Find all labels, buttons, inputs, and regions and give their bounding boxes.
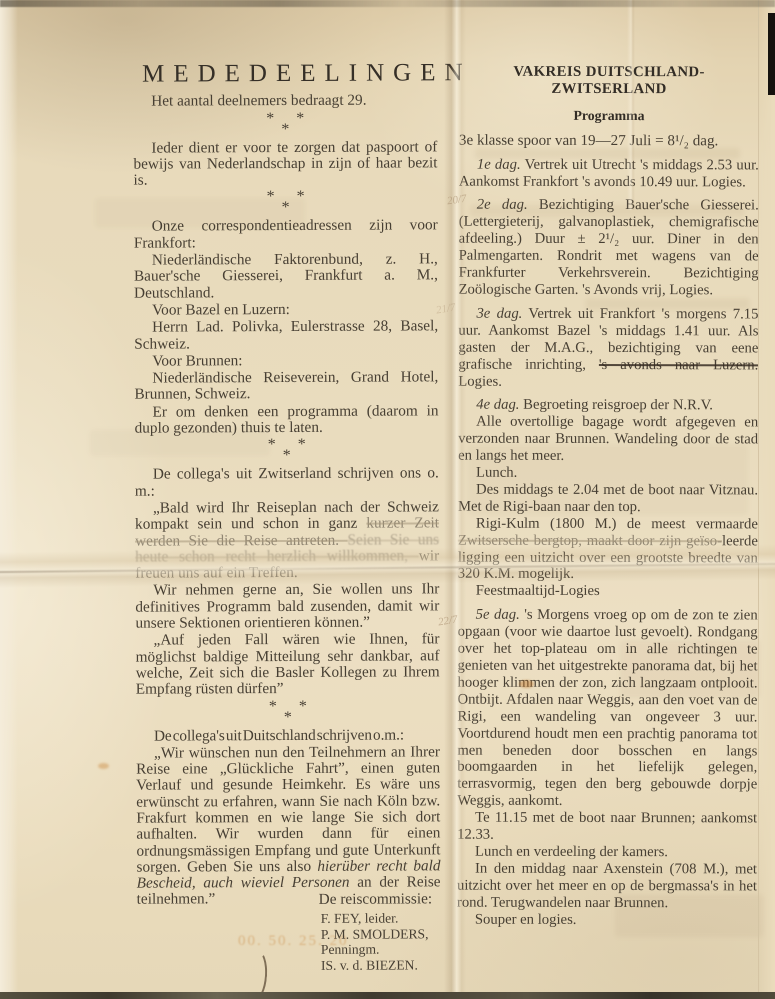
day-text: 's Morgens vroeg op om de zon te zien op… bbox=[457, 607, 758, 809]
crease-faded-text: Zwitsersche bergtop, maakt door zijn geï… bbox=[458, 532, 722, 549]
label-brunnen: Voor Brunnen: bbox=[134, 352, 438, 370]
asterisk-separator: * * * bbox=[133, 113, 437, 135]
day-5-paragraph: In den middag naar Axenstein (708 M.), m… bbox=[457, 860, 757, 912]
label-bazel-luzern: Voor Bazel en Luzern: bbox=[134, 301, 438, 319]
pencil-note-day5: 22/7 bbox=[437, 614, 458, 629]
day-2-entry: 2e dag. Bezichtiging Bauer'sche Giessere… bbox=[459, 197, 759, 299]
correspondence-intro: Onze correspondentieadressen zijn voor F… bbox=[134, 218, 438, 252]
signature-item: F. FEY, leider. bbox=[321, 910, 441, 926]
day-lead: 4e dag. bbox=[476, 397, 519, 413]
paper-edge-left bbox=[0, 0, 18, 999]
participants-line: Het aantal deelnemers bedraagt 29. bbox=[133, 93, 437, 111]
day-text: Logies. bbox=[458, 373, 502, 389]
day-5-heading: 5e dag. 's Morgens vroeg op om de zon te… bbox=[457, 607, 758, 811]
asterisk-separator: * * * bbox=[134, 192, 438, 214]
day-4-heading: 4e dag. Begroeting reisgroep der N.R.V. bbox=[458, 397, 758, 415]
right-column: VAKREIS DUITSCHLAND-ZWITSERLAND Programm… bbox=[457, 64, 759, 929]
day-4-paragraph: Feestmaaltijd-Logies bbox=[458, 583, 758, 601]
programma-subheader: Programma bbox=[459, 107, 759, 125]
schedule-intro: 3e klasse spoor van 19—27 Juli = 8¹/₂ da… bbox=[459, 132, 759, 150]
signature-list: F. FEY, leider. P. M. SMOLDERS, Penningm… bbox=[137, 910, 441, 975]
day-4-paragraph: Des middags te 2.04 met de boot naar Vit… bbox=[458, 482, 758, 517]
swiss-quote-2: Wir nehmen gerne an, Sie wollen uns Ihr … bbox=[135, 582, 439, 632]
passport-paragraph: Ieder dient er voor te zorgen dat paspoo… bbox=[133, 139, 437, 189]
scanned-bulletin-page: 00. 50. 25. 20 MEDEDEELINGEN Het aantal … bbox=[0, 0, 775, 999]
address-bazel: Herrn Lad. Polivka, Eulerstrasse 28, Bas… bbox=[134, 319, 438, 353]
day-3-entry: 3e dag. Vertrek uit Frankfort 's morgens… bbox=[458, 305, 758, 390]
day-4-entry: 4e dag. Begroeting reisgroep der N.R.V. … bbox=[458, 397, 759, 601]
quote-segment: „Wir wünschen nun den Teilnehmern an Ihr… bbox=[136, 743, 440, 875]
address-frankfort: Niederländische Faktorenbund, z. H., Bau… bbox=[134, 251, 438, 301]
day-lead: 3e dag. bbox=[476, 306, 522, 322]
german-letter-intro: De collega's uit Duitschland schrijven o… bbox=[136, 727, 440, 745]
day-4-paragraph: Rigi-Kulm (1800 M.) de meest vermaarde Z… bbox=[458, 515, 758, 583]
swiss-quote-1: „Bald wird Ihr Reiseplan nach der Schwei… bbox=[135, 499, 439, 582]
scan-bottom-edge bbox=[0, 992, 775, 999]
asterisk-single: * bbox=[133, 123, 437, 135]
asterisk-single: * bbox=[134, 202, 438, 214]
asterisk-separator: * * * bbox=[136, 701, 440, 723]
asterisk-single: * bbox=[136, 711, 440, 723]
day-5-entry: 5e dag. 's Morgens vroeg op om de zon te… bbox=[457, 607, 758, 929]
day-4-paragraph: Alle overtollige bagage wordt afgegeven … bbox=[458, 414, 758, 466]
german-quote: „Wir wünschen nun den Teilnehmern an Ihr… bbox=[136, 744, 441, 908]
day-text: Rigi-Kulm (1800 M.) de meest vermaarde bbox=[476, 515, 758, 532]
day-5-paragraph: Lunch en verdeeling der kamers. bbox=[457, 844, 757, 862]
left-column: MEDEDEELINGEN Het aantal deelnemers bedr… bbox=[133, 63, 441, 974]
swiss-letter-intro: De collega's uit Zwitserland schrijven o… bbox=[135, 466, 439, 500]
day-lead: 5e dag. bbox=[476, 607, 520, 623]
page-title: MEDEDEELINGEN bbox=[133, 65, 437, 83]
signature-item: IS. v. d. BIEZEN. bbox=[321, 957, 441, 973]
day-5-paragraph: Souper en logies. bbox=[457, 911, 757, 929]
day-text: Begroeting reisgroep der N.R.V. bbox=[519, 397, 713, 414]
pencil-note-day3: 21/7 bbox=[435, 301, 456, 316]
day-lead: 2e dag. bbox=[477, 197, 528, 213]
right-column-header: VAKREIS DUITSCHLAND-ZWITSERLAND bbox=[459, 64, 759, 99]
programma-reminder: Er om denken een programma (daarom in du… bbox=[134, 403, 438, 437]
struck-text: 's avonds naar Luzern. bbox=[599, 357, 758, 373]
swiss-quote-3: „Auf jeden Fall wären wie Ihnen, für mög… bbox=[135, 632, 439, 699]
asterisk-single: * bbox=[135, 450, 439, 462]
signature-item: P. M. SMOLDERS, Penningm. bbox=[321, 926, 441, 958]
scan-artifact-bar bbox=[768, 13, 775, 95]
ink-smudge bbox=[98, 763, 109, 769]
address-brunnen: Niederländische Reiseverein, Grand Hotel… bbox=[134, 369, 438, 403]
day-lead: 1e dag. bbox=[477, 156, 521, 172]
day-5-paragraph: Te 11.15 met de boot naar Brunnen; aanko… bbox=[457, 810, 757, 845]
scan-top-edge bbox=[0, 0, 775, 7]
day-4-paragraph: Lunch. bbox=[458, 465, 758, 483]
paper-edge-right bbox=[758, 0, 775, 999]
day-1-entry: 1e dag. Vertrek uit Utrecht 's middags 2… bbox=[459, 156, 759, 191]
asterisk-separator: * * * bbox=[135, 440, 439, 462]
